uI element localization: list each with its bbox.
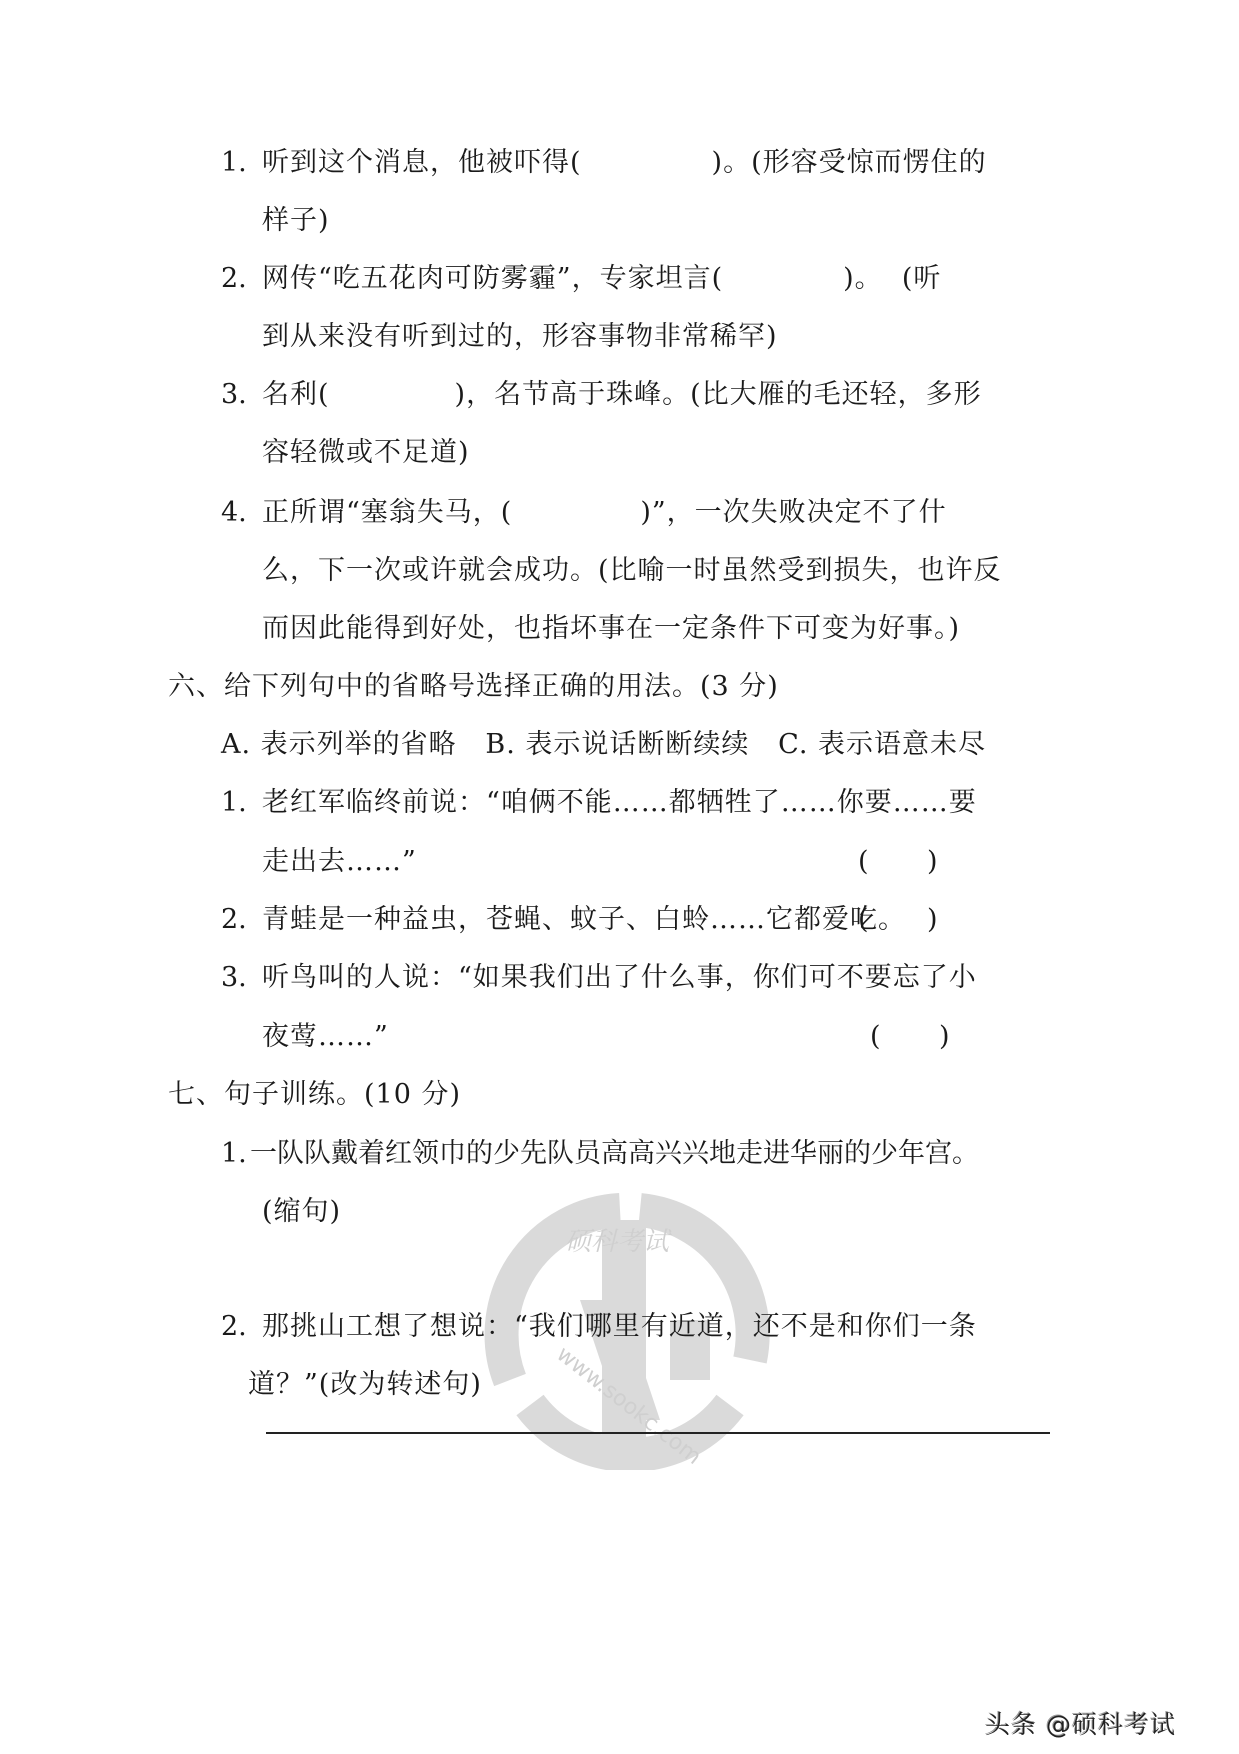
item-text: 青蛙是一种益虫，苍蝇、蚊子、白蛉……它都爱吃。 bbox=[262, 903, 906, 937]
section-title: 七、句子训练。(10 分) bbox=[168, 1078, 461, 1112]
options-list: A. 表示列举的省略 B. 表示说话断断续续 C. 表示语意未尽 bbox=[221, 728, 986, 762]
item-number: 2. bbox=[221, 903, 247, 937]
item-hint: 而因此能得到好处，也指坏事在一定条件下可变为好事。) bbox=[262, 612, 960, 646]
item-number: 2. bbox=[221, 1310, 247, 1344]
item-hint: 到从来没有听到过的，形容事物非常稀罕) bbox=[262, 320, 778, 354]
item-text: 那挑山工想了想说：“我们哪里有近道，还不是和你们一条 bbox=[262, 1310, 977, 1344]
item-number: 1. bbox=[221, 1137, 247, 1171]
item-text: 听到这个消息，他被吓得()。(形容受惊而愣住的 bbox=[262, 146, 987, 180]
item-text: 正所谓“塞翁失马，()”，一次失败决定不了什 bbox=[262, 496, 947, 530]
watermark-arc-text: 硕科考试 bbox=[565, 1227, 674, 1257]
item-number: 1. bbox=[221, 786, 247, 820]
answer-paren[interactable]: ( ) bbox=[858, 903, 939, 937]
source-tag: 头条 @硕科考试 bbox=[985, 1705, 1176, 1741]
answer-paren[interactable]: ( ) bbox=[870, 1020, 951, 1054]
answer-line[interactable] bbox=[266, 1432, 1050, 1434]
item-instruction: (缩句) bbox=[262, 1195, 341, 1229]
item-instruction: 道？”(改为转述句) bbox=[248, 1368, 482, 1402]
answer-paren[interactable]: ( ) bbox=[858, 845, 939, 879]
item-text: 听鸟叫的人说：“如果我们出了什么事，你们可不要忘了小 bbox=[262, 961, 977, 995]
item-text: 网传“吃五花肉可防雾霾”，专家坦言()。 (听 bbox=[262, 262, 941, 296]
item-text: 老红军临终前说：“咱俩不能……都牺牲了……你要……要 bbox=[262, 786, 977, 820]
item-text: 走出去……” bbox=[262, 845, 417, 879]
item-text: 夜莺……” bbox=[262, 1020, 389, 1054]
item-number: 4. bbox=[221, 496, 247, 530]
section-title: 六、给下列句中的省略号选择正确的用法。(3 分) bbox=[168, 670, 779, 704]
item-hint: 容轻微或不足道) bbox=[262, 436, 470, 470]
item-number: 3. bbox=[221, 961, 247, 995]
item-number: 1. bbox=[221, 146, 247, 180]
item-text: 名利()，名节高于珠峰。(比大雁的毛还轻，多形 bbox=[262, 378, 982, 412]
watermark-url: www.sookc.com bbox=[552, 1342, 706, 1470]
item-number: 2. bbox=[221, 262, 247, 296]
item-hint: 么，下一次或许就会成功。(比喻一时虽然受到损失，也许反 bbox=[262, 554, 1002, 588]
item-hint: 样子) bbox=[262, 204, 330, 238]
item-number: 3. bbox=[221, 378, 247, 412]
item-text: 一队队戴着红领巾的少先队员高高兴兴地走进华丽的少年宫。 bbox=[250, 1137, 979, 1171]
